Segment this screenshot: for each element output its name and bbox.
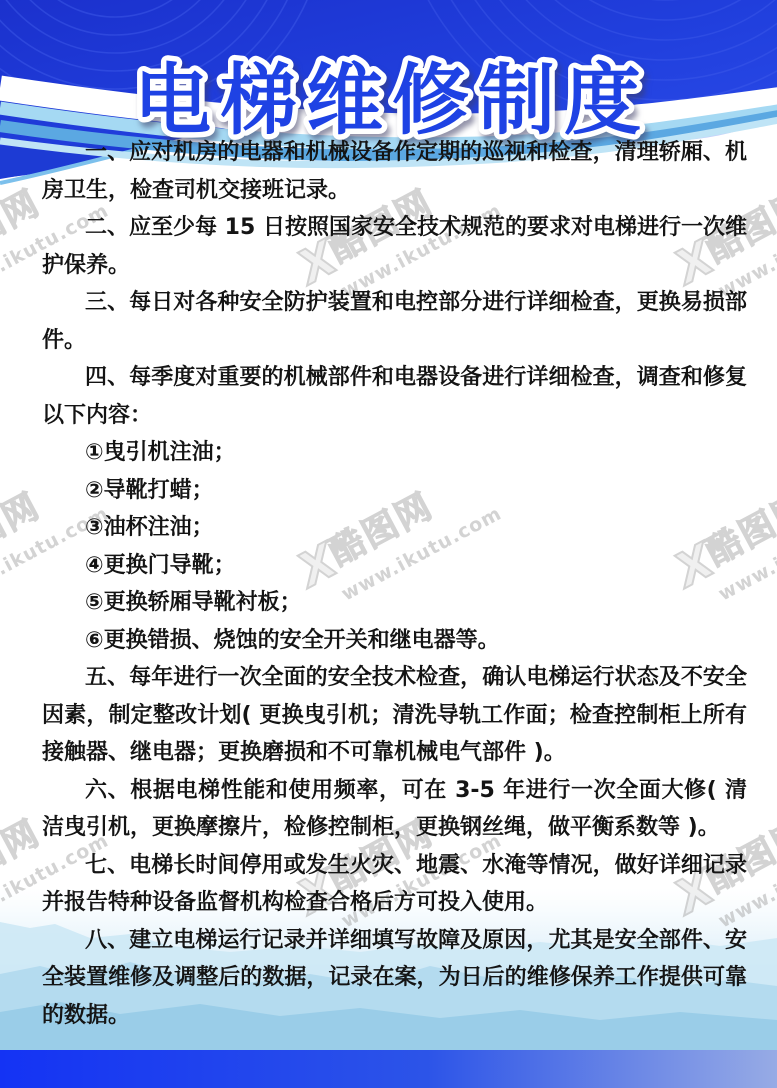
rule-subitem-1: ①曳引机注油； xyxy=(42,434,747,472)
rule-paragraph-8: 八、建立电梯运行记录并详细填写故障及原因，尤其是安全部件、安全装置维修及调整后的… xyxy=(42,922,747,1035)
rule-paragraph-6: 六、根据电梯性能和使用频率，可在 3-5 年进行一次全面大修( 清洁曳引机，更换… xyxy=(42,772,747,847)
bottom-bar xyxy=(0,1050,777,1088)
rule-paragraph-7: 七、电梯长时间停用或发生火灾、地震、水淹等情况，做好详细记录并报告特种设备监督机… xyxy=(42,847,747,922)
rule-subitem-3: ③油杯注油； xyxy=(42,509,747,547)
rule-subitem-5: ⑤更换轿厢导靴衬板； xyxy=(42,584,747,622)
rule-paragraph-1: 一、应对机房的电器和机械设备作定期的巡视和检查，清理轿厢、机房卫生，检查司机交接… xyxy=(42,134,747,209)
rule-paragraph-4: 四、每季度对重要的机械部件和电器设备进行详细检查，调查和修复以下内容： xyxy=(42,359,747,434)
rule-paragraph-2: 二、应至少每 15 日按照国家安全技术规范的要求对电梯进行一次维护保养。 xyxy=(42,209,747,284)
poster-title: 电梯维修制度 xyxy=(134,57,650,146)
watermark-logo-text: 酷图网 xyxy=(0,486,47,573)
rule-subitem-6: ⑥更换错损、烧蚀的安全开关和继电器等。 xyxy=(42,622,747,660)
poster-page: 电梯维修制度 一、应对机房的电器和机械设备作定期的巡视和检查，清理轿厢、机房卫生… xyxy=(0,0,777,1088)
rule-paragraph-3: 三、每日对各种安全防护装置和电控部分进行详细检查，更换易损部件。 xyxy=(42,284,747,359)
rule-subitem-4: ④更换门导靴； xyxy=(42,547,747,585)
rules-text: 一、应对机房的电器和机械设备作定期的巡视和检查，清理轿厢、机房卫生，检查司机交接… xyxy=(42,134,747,1034)
rule-paragraph-5: 五、每年进行一次全面的安全技术检查，确认电梯运行状态及不安全因素，制定整改计划(… xyxy=(42,659,747,772)
rule-subitem-2: ②导靴打蜡； xyxy=(42,472,747,510)
